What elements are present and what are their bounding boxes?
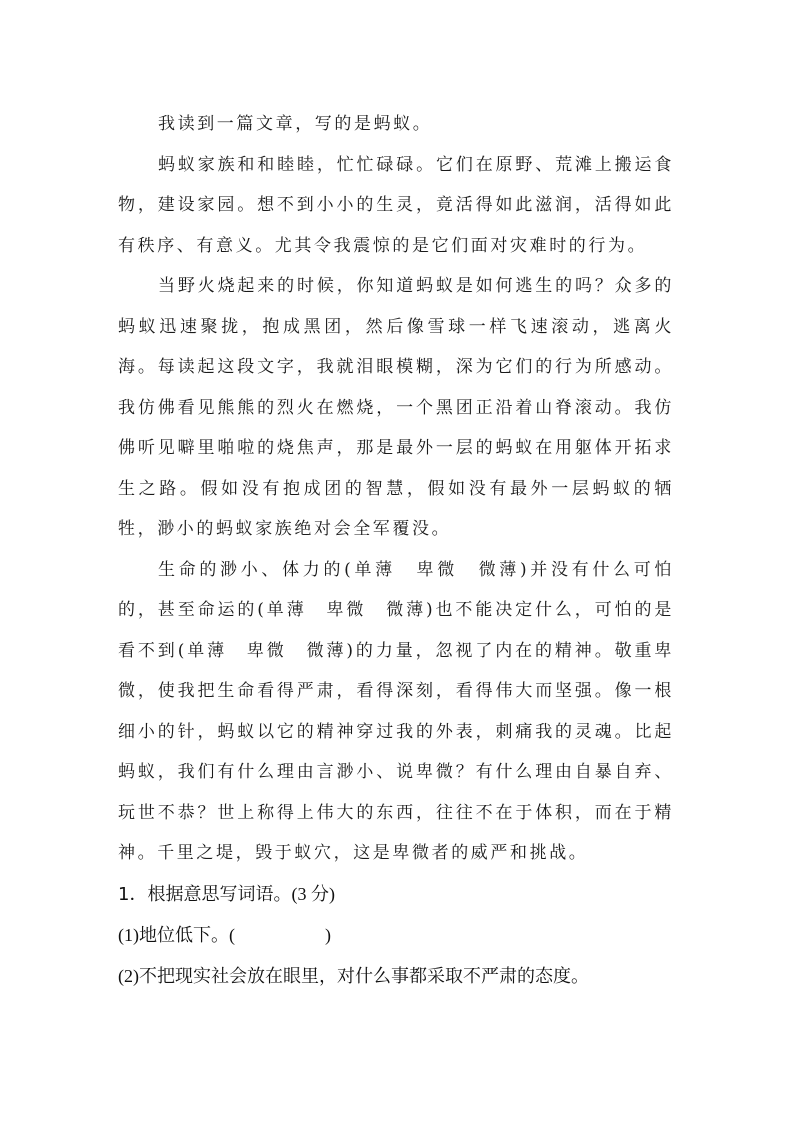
item-label: (2) xyxy=(118,966,139,986)
question-section: 1．根据意思写词语。(3 分) (1)地位低下。() (2)不把现实社会放在眼里… xyxy=(118,874,674,997)
item-text: 地位低下。 xyxy=(139,925,229,946)
question-1-heading: 1．根据意思写词语。(3 分) xyxy=(118,874,674,915)
question-prompt: 根据意思写词语。 xyxy=(147,884,291,905)
item-text: 不把现实社会放在眼里，对什么事都采取不严肃的态度。 xyxy=(139,966,589,987)
passage-paragraph-3: 当野火烧起来的时候，你知道蚂蚁是如何逃生的吗？众多的蚂蚁迅速聚拢，抱成黑团，然后… xyxy=(118,266,674,550)
passage-paragraph-4: 生命的渺小、体力的(单薄 卑微 微薄)并没有什么可怕的，甚至命运的(单薄 卑微 … xyxy=(118,550,674,874)
question-number: 1． xyxy=(118,884,147,905)
question-score: (3 分) xyxy=(291,884,335,904)
passage-paragraph-1: 我读到一篇文章，写的是蚂蚁。 xyxy=(118,104,674,145)
answer-open-paren: ( xyxy=(229,925,235,945)
document-page: 我读到一篇文章，写的是蚂蚁。 蚂蚁家族和和睦睦，忙忙碌碌。它们在原野、荒滩上搬运… xyxy=(118,104,674,997)
answer-close-paren: ) xyxy=(325,925,331,945)
question-item-1: (1)地位低下。() xyxy=(118,915,674,956)
item-label: (1) xyxy=(118,925,139,945)
passage-paragraph-2: 蚂蚁家族和和睦睦，忙忙碌碌。它们在原野、荒滩上搬运食物，建设家园。想不到小小的生… xyxy=(118,145,674,267)
reading-passage: 我读到一篇文章，写的是蚂蚁。 蚂蚁家族和和睦睦，忙忙碌碌。它们在原野、荒滩上搬运… xyxy=(118,104,674,874)
question-item-2: (2)不把现实社会放在眼里，对什么事都采取不严肃的态度。 xyxy=(118,956,674,997)
